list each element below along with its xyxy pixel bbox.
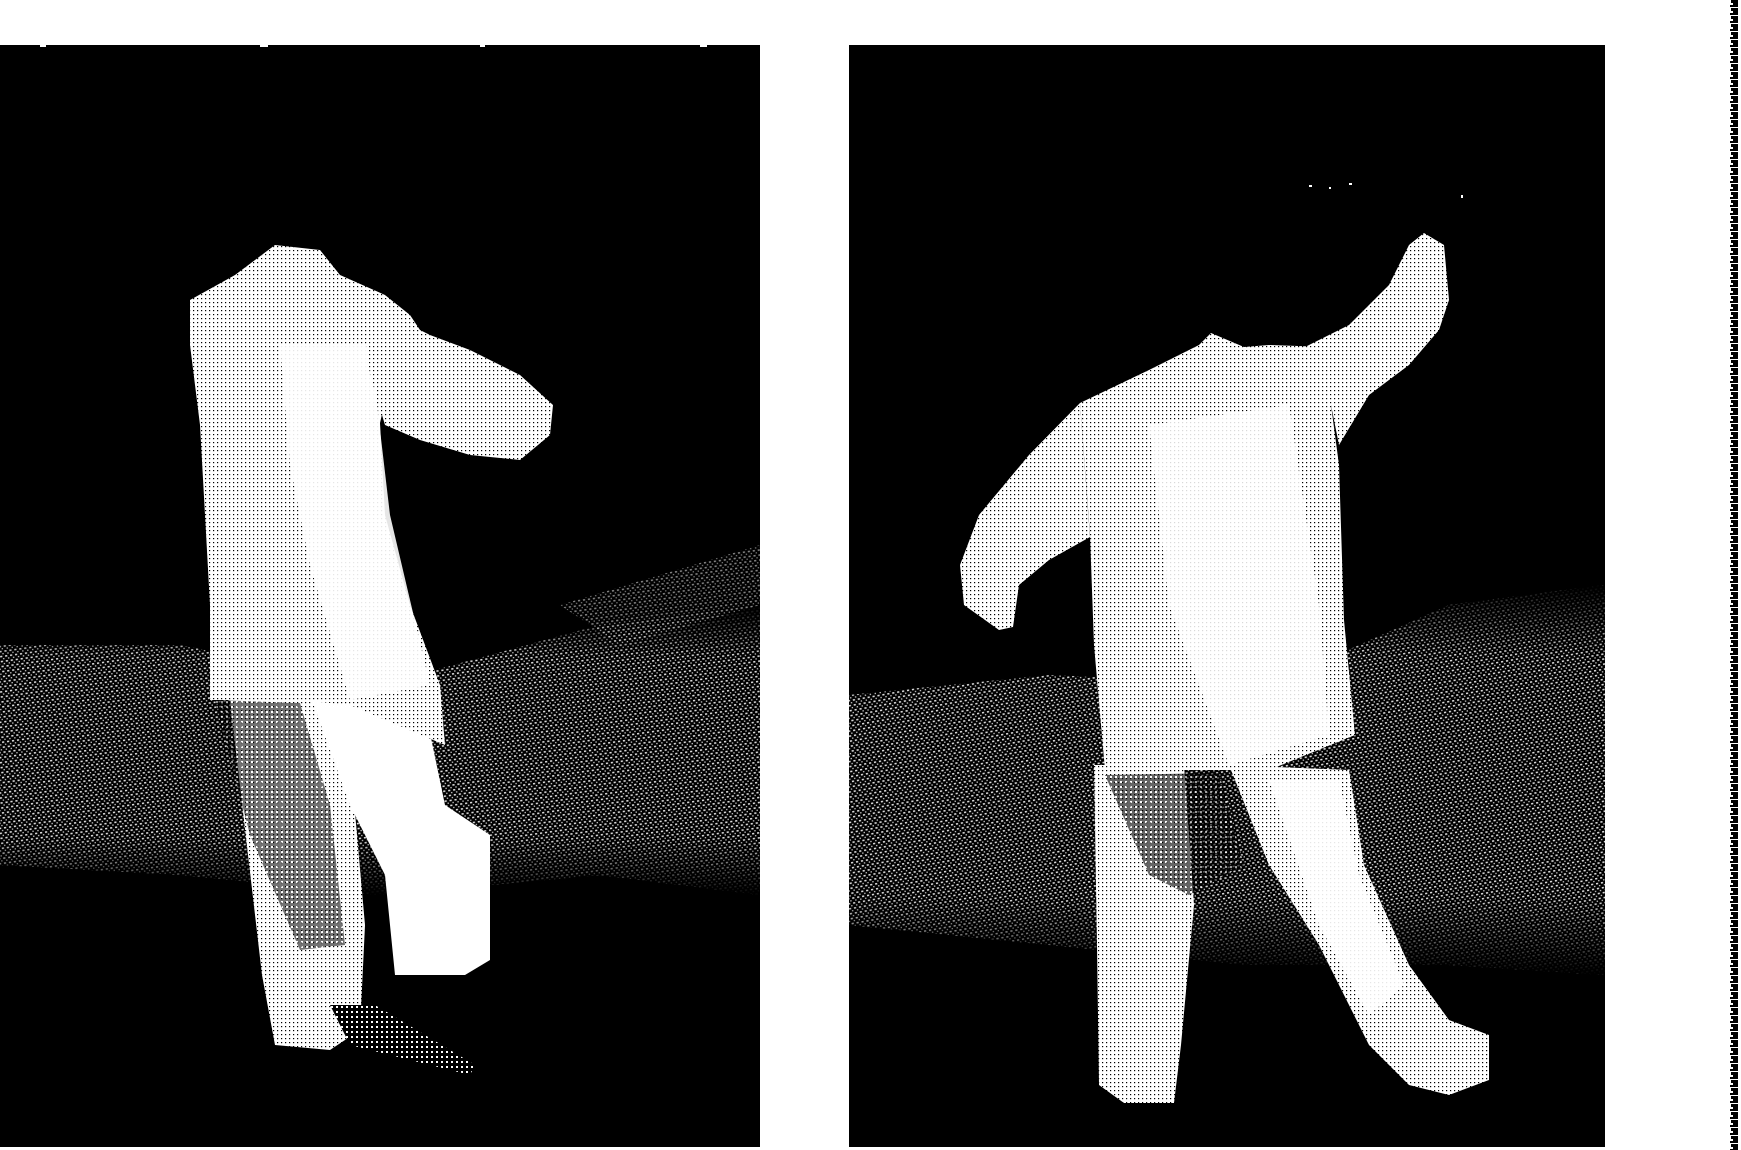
photo-right <box>849 45 1605 1147</box>
photo-right-image <box>849 45 1605 1147</box>
photo-left <box>0 45 760 1147</box>
photo-left-image <box>0 45 760 1147</box>
page-edge-line <box>1729 0 1741 1150</box>
